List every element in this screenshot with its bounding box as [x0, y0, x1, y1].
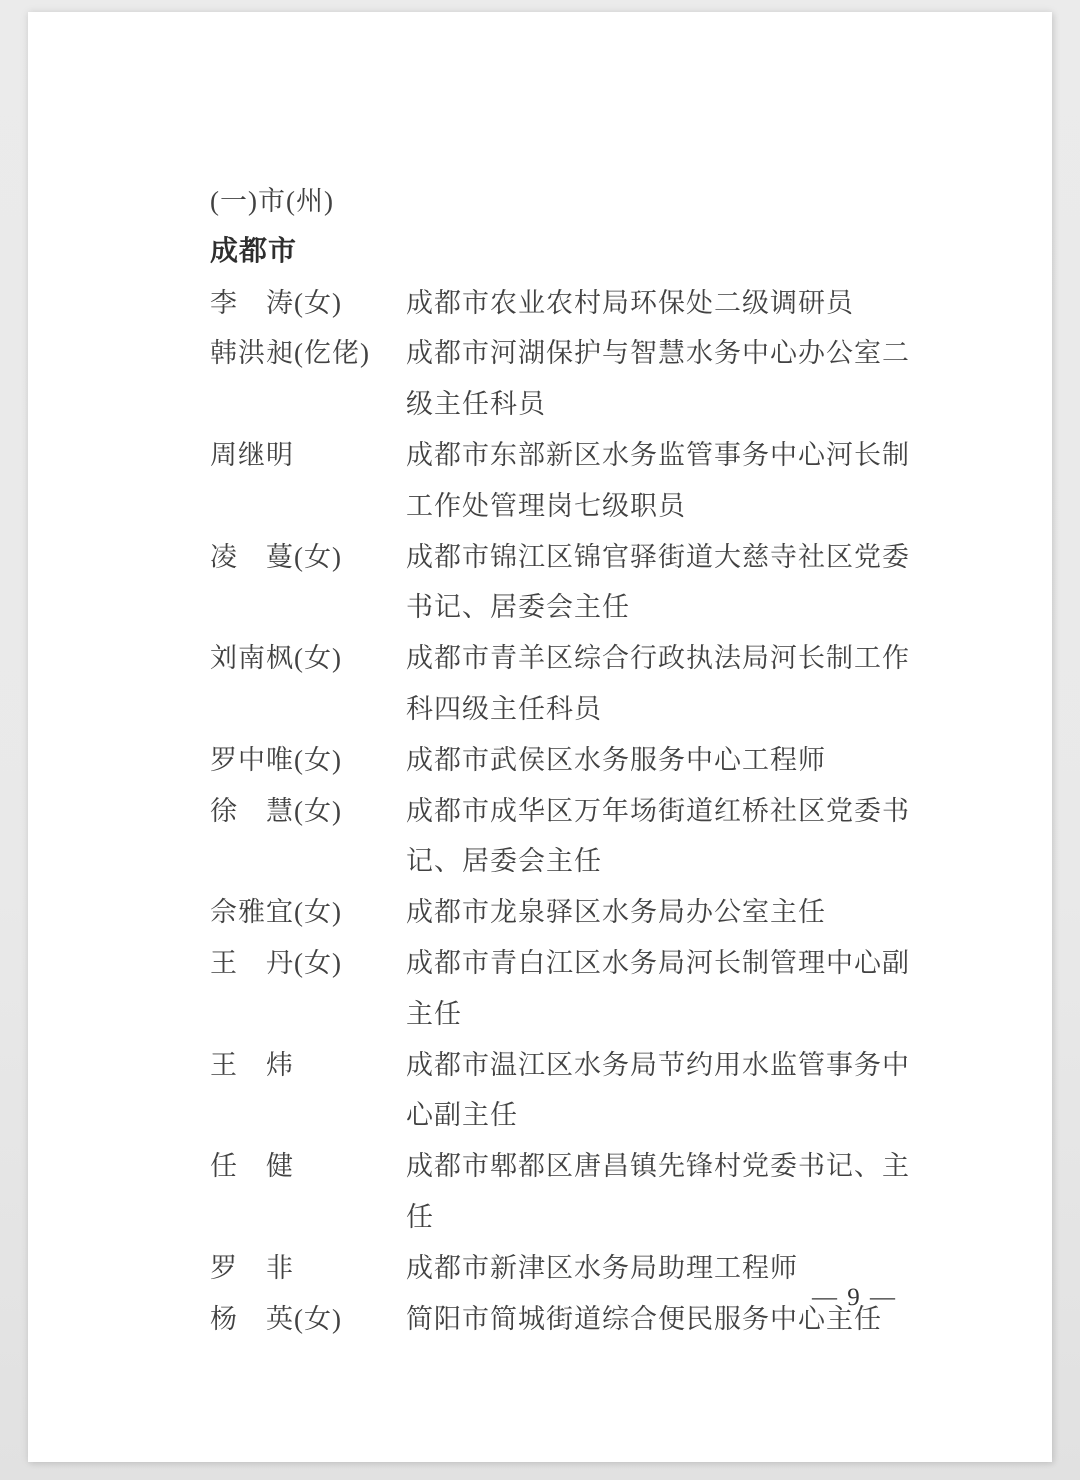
entry-position: 成都市青羊区综合行政执法局河长制工作 科四级主任科员: [406, 633, 926, 735]
entry-row: 罗中唯(女) 成都市武侯区水务服务中心工程师: [210, 735, 950, 786]
document-page: (一)市(州) 成都市 李 涛(女) 成都市农业农村局环保处二级调研员 韩洪昶(…: [28, 12, 1052, 1462]
entry-row: 任 健 成都市郫都区唐昌镇先锋村党委书记、主任: [210, 1141, 950, 1243]
entry-name: 周继明: [210, 430, 406, 481]
entry-position: 成都市郫都区唐昌镇先锋村党委书记、主任: [406, 1141, 926, 1243]
entry-name: 李 涛(女): [210, 278, 406, 329]
page-number: — 9 —: [812, 1283, 897, 1313]
entry-row: 李 涛(女) 成都市农业农村局环保处二级调研员: [210, 278, 950, 329]
document-content: (一)市(州) 成都市 李 涛(女) 成都市农业农村局环保处二级调研员 韩洪昶(…: [210, 176, 950, 1344]
entry-name: 王 炜: [210, 1040, 406, 1091]
entry-row: 凌 蔓(女) 成都市锦江区锦官驿街道大慈寺社区党委 书记、居委会主任: [210, 532, 950, 634]
entry-name: 杨 英(女): [210, 1294, 406, 1345]
entry-row: 王 丹(女) 成都市青白江区水务局河长制管理中心副 主任: [210, 938, 950, 1040]
entry-name: 罗 非: [210, 1243, 406, 1294]
entry-position: 成都市成华区万年场街道红桥社区党委书 记、居委会主任: [406, 786, 926, 888]
section-heading: (一)市(州): [210, 176, 950, 227]
entry-position: 成都市锦江区锦官驿街道大慈寺社区党委 书记、居委会主任: [406, 532, 926, 634]
entry-name: 韩洪昶(仡佬): [210, 328, 406, 379]
entry-name: 王 丹(女): [210, 938, 406, 989]
entry-position: 成都市农业农村局环保处二级调研员: [406, 278, 926, 329]
entry-name: 佘雅宜(女): [210, 887, 406, 938]
entry-name: 凌 蔓(女): [210, 532, 406, 583]
entry-position: 成都市河湖保护与智慧水务中心办公室二 级主任科员: [406, 328, 926, 430]
entry-name: 刘南枫(女): [210, 633, 406, 684]
entry-position: 成都市东部新区水务监管事务中心河长制 工作处管理岗七级职员: [406, 430, 926, 532]
entry-position: 成都市青白江区水务局河长制管理中心副 主任: [406, 938, 926, 1040]
entry-position: 成都市温江区水务局节约用水监管事务中 心副主任: [406, 1040, 926, 1142]
entry-name: 罗中唯(女): [210, 735, 406, 786]
entry-row: 韩洪昶(仡佬) 成都市河湖保护与智慧水务中心办公室二 级主任科员: [210, 328, 950, 430]
entry-name: 徐 慧(女): [210, 786, 406, 837]
entry-position: 成都市龙泉驿区水务局办公室主任: [406, 887, 926, 938]
entry-row: 徐 慧(女) 成都市成华区万年场街道红桥社区党委书 记、居委会主任: [210, 786, 950, 888]
entry-row: 王 炜 成都市温江区水务局节约用水监管事务中 心副主任: [210, 1040, 950, 1142]
entry-name: 任 健: [210, 1141, 406, 1192]
entry-row: 周继明 成都市东部新区水务监管事务中心河长制 工作处管理岗七级职员: [210, 430, 950, 532]
entry-row: 刘南枫(女) 成都市青羊区综合行政执法局河长制工作 科四级主任科员: [210, 633, 950, 735]
entry-position: 成都市武侯区水务服务中心工程师: [406, 735, 926, 786]
entry-row: 佘雅宜(女) 成都市龙泉驿区水务局办公室主任: [210, 887, 950, 938]
city-heading: 成都市: [210, 227, 950, 278]
